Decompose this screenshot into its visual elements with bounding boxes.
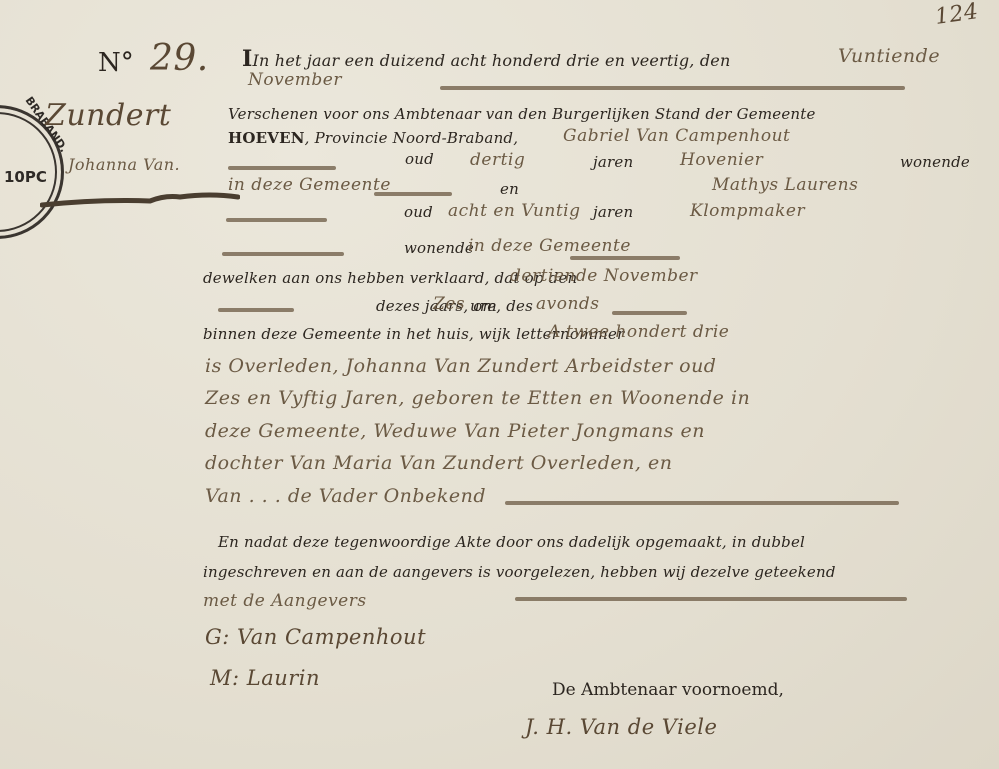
folio-number: 124 xyxy=(933,0,980,30)
oud-label-1: oud xyxy=(405,150,434,168)
rule-6 xyxy=(570,256,680,260)
declarant-1-age: dertig xyxy=(470,150,525,170)
day-hand: Vuntiende xyxy=(838,45,940,67)
jaren-label-2: jaren xyxy=(593,203,633,221)
line-18-print: ingeschreven en aan de aangevers is voor… xyxy=(203,563,836,581)
wijk-letter: A xyxy=(548,322,561,342)
death-time-of-day: avonds xyxy=(536,294,600,314)
line-4-print: HOEVEN, Provincie Noord-Braband, xyxy=(228,129,518,147)
rule-4 xyxy=(226,218,327,222)
month-hand: November xyxy=(248,70,342,90)
en-label: en xyxy=(500,180,519,198)
rule-8 xyxy=(612,311,687,315)
declarant-2-occupation: Klompmaker xyxy=(690,201,805,221)
rule-2 xyxy=(228,166,336,170)
death-date-hand: dertiende November xyxy=(510,266,698,286)
house-number: twee hondert drie xyxy=(566,322,729,342)
rule-5 xyxy=(222,252,344,256)
declarant-1-name: Gabriel Van Campenhout xyxy=(563,126,790,146)
rule-1 xyxy=(440,86,905,90)
signature-official: J. H. Van de Viele xyxy=(525,715,717,739)
line-16-hand: Van . . . de Vader Onbekend xyxy=(205,485,486,507)
drop-cap: I xyxy=(242,46,253,72)
rule-10 xyxy=(515,597,907,601)
line-17-print: En nadat deze tegenwoordige Akte door on… xyxy=(218,533,805,551)
signature-declarant-2: M: Laurin xyxy=(210,666,320,690)
line-3-print: Verschenen voor ons Ambtenaar van den Bu… xyxy=(228,105,816,123)
declarant-2-residence: in deze Gemeente xyxy=(468,236,631,256)
declarant-1-occupation: Hovenier xyxy=(680,150,763,170)
record-number: 29. xyxy=(150,38,209,79)
signature-declarant-1: G: Van Campenhout xyxy=(205,625,426,649)
official-label: De Ambtenaar voornoemd, xyxy=(552,680,784,700)
oud-label-2: oud xyxy=(404,203,433,221)
wonende-label-1: wonende xyxy=(900,153,970,171)
rule-7 xyxy=(218,308,294,312)
margin-name: Johanna Van. xyxy=(68,155,180,174)
line-12-hand: is Overleden, Johanna Van Zundert Arbeid… xyxy=(205,355,716,377)
line-1-print: IIn het jaar een duizend acht honderd dr… xyxy=(242,46,730,72)
margin-place: Zundert xyxy=(45,98,171,133)
line-19-hand: met de Aangevers xyxy=(203,591,367,611)
declarant-2-age: acht en Vuntig xyxy=(448,201,581,221)
line-13-hand: Zes en Vyftig Jaren, geboren te Etten en… xyxy=(205,387,750,409)
line-14-hand: deze Gemeente, Weduwe Van Pieter Jongman… xyxy=(205,420,705,442)
record-number-label: N° xyxy=(98,48,134,78)
rule-9 xyxy=(505,501,899,505)
stamp-text-side: 10PC xyxy=(4,168,47,186)
death-hour: Zes xyxy=(433,294,465,314)
declarant-2-name: Mathys Laurens xyxy=(712,175,858,195)
wonende-label-2: wonende xyxy=(404,239,474,257)
line-15-hand: dochter Van Maria Van Zundert Overleden,… xyxy=(205,452,672,474)
declarant-1-residence: in deze Gemeente xyxy=(228,175,391,195)
margin-flourish xyxy=(40,185,240,215)
rule-3 xyxy=(374,192,452,196)
ure-des-label: ure, des xyxy=(470,297,533,315)
jaren-label-1: jaren xyxy=(593,153,633,171)
line-11-print-a: binnen deze Gemeente in het huis, wijk l… xyxy=(203,325,559,343)
